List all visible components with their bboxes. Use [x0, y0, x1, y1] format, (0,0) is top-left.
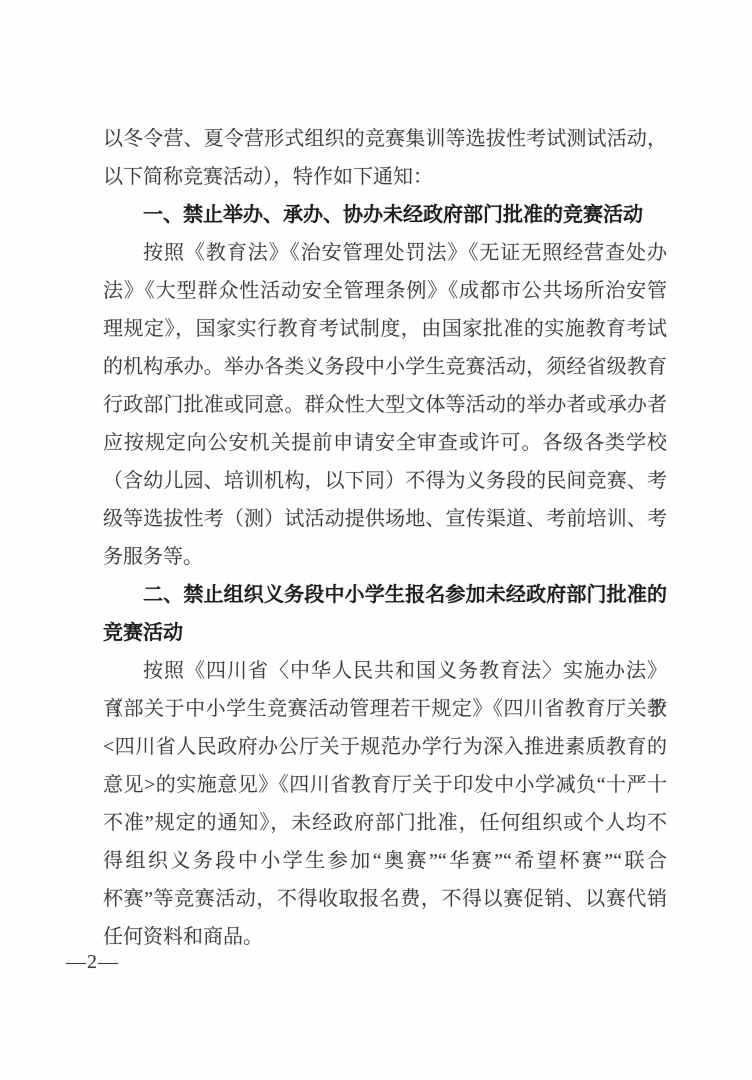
text-line: 务服务等。 — [103, 538, 667, 576]
text-line: 级等选拔性考（测）试活动提供场地、宣传渠道、考前培训、考 — [103, 500, 667, 538]
text-line: 意见>的实施意见》《四川省教育厅关于印发中小学减负“十严十 — [103, 766, 667, 804]
text-line: 法》《大型群众性活动安全管理条例》《成都市公共场所治安管 — [103, 272, 667, 310]
text-line: 按照《四川省〈中华人民共和国义务教育法〉实施办法》《教 — [103, 652, 667, 690]
text-line: 杯赛”等竞赛活动，不得收取报名费，不得以赛促销、以赛代销 — [103, 880, 667, 918]
text-line: 育部关于中小学生竞赛活动管理若干规定》《四川省教育厅关于 — [103, 690, 667, 728]
text-line: 得组织义务段中小学生参加“奥赛”“华赛”“希望杯赛”“联合 — [103, 842, 667, 880]
page-number: —2— — [66, 946, 119, 978]
heading-line: 竞赛活动 — [103, 614, 667, 652]
text-line: <四川省人民政府办公厅关于规范办学行为深入推进素质教育的 — [103, 728, 667, 766]
document-page: 以冬令营、夏令营形式组织的竞赛集训等选拔性考试测试活动，以下简称竞赛活动），特作… — [0, 0, 752, 1080]
text-line: 按照《教育法》《治安管理处罚法》《无证无照经营查处办 — [103, 234, 667, 272]
text-line: 的机构承办。举办各类义务段中小学生竞赛活动，须经省级教育 — [103, 348, 667, 386]
heading-line: 二、禁止组织义务段中小学生报名参加未经政府部门批准的 — [103, 576, 667, 614]
document-text-block: 以冬令营、夏令营形式组织的竞赛集训等选拔性考试测试活动，以下简称竞赛活动），特作… — [103, 120, 667, 956]
text-line: 以冬令营、夏令营形式组织的竞赛集训等选拔性考试测试活动， — [103, 120, 667, 158]
text-line: 任何资料和商品。 — [103, 918, 667, 956]
text-line: 以下简称竞赛活动），特作如下通知： — [103, 158, 667, 196]
heading-line: 一、禁止举办、承办、协办未经政府部门批准的竞赛活动 — [103, 196, 667, 234]
text-line: 理规定》，国家实行教育考试制度，由国家批准的实施教育考试 — [103, 310, 667, 348]
text-line: 不准”规定的通知》，未经政府部门批准，任何组织或个人均不 — [103, 804, 667, 842]
text-line: （含幼儿园、培训机构，以下同）不得为义务段的民间竞赛、考 — [103, 462, 667, 500]
text-line: 行政部门批准或同意。群众性大型文体等活动的举办者或承办者 — [103, 386, 667, 424]
text-line: 应按规定向公安机关提前申请安全审查或许可。各级各类学校 — [103, 424, 667, 462]
